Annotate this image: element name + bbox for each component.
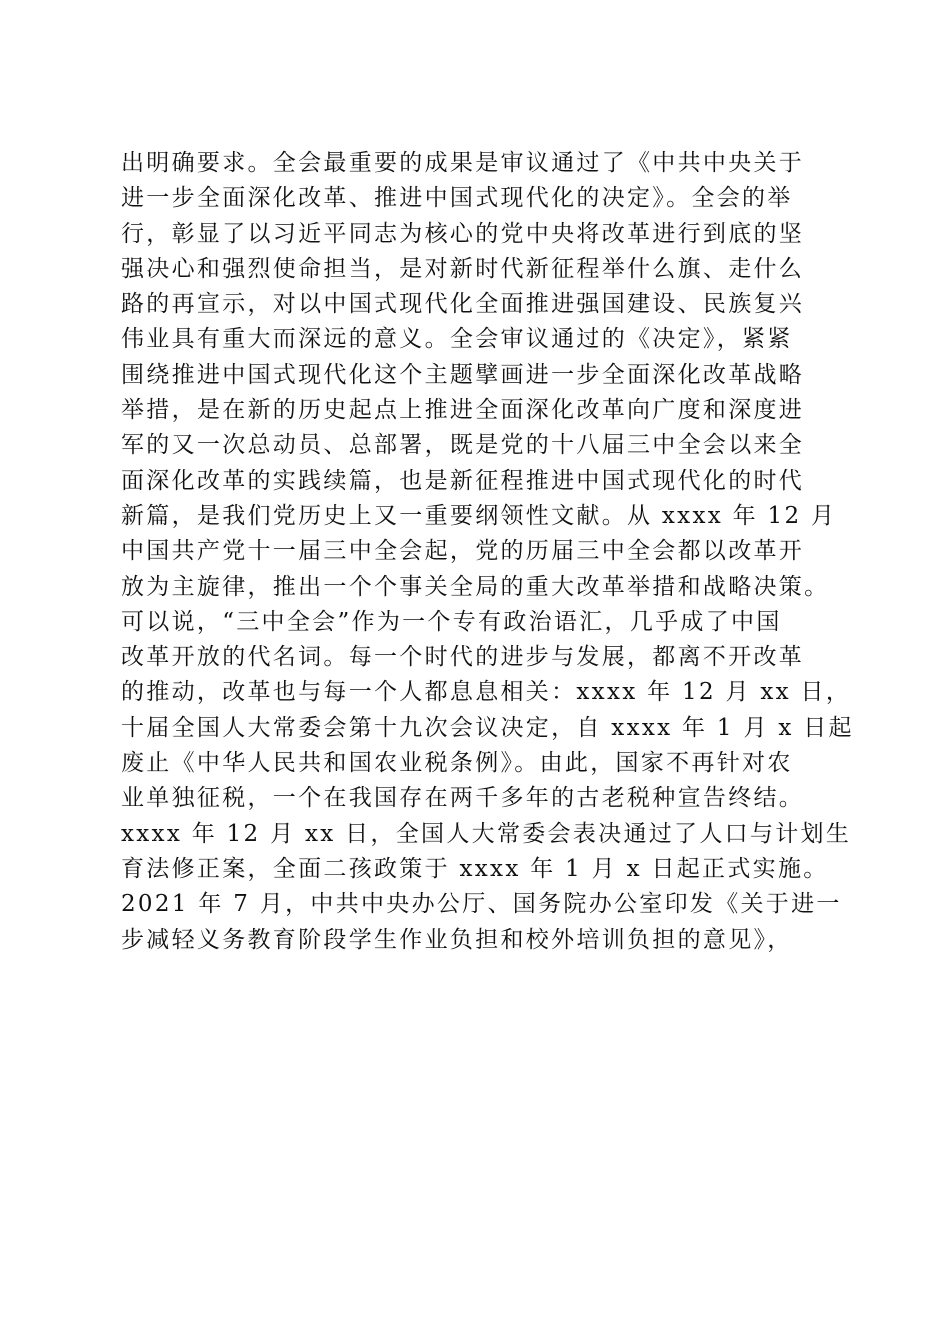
text-line: 十届全国人大常委会第十九次会议决定，自 xxxx 年 1 月 x 日起 <box>121 711 841 746</box>
text-line: 出明确要求。全会最重要的成果是审议通过了《中共中央关于 <box>121 146 841 181</box>
document-page: 出明确要求。全会最重要的成果是审议通过了《中共中央关于 进一步全面深化改革、推进… <box>0 0 950 1344</box>
text-line: xxxx 年 12 月 xx 日，全国人大常委会表决通过了人口与计划生 <box>121 817 841 852</box>
text-line: 改革开放的代名词。每一个时代的进步与发展，都离不开改革 <box>121 640 841 675</box>
text-line: 军的又一次总动员、总部署，既是党的十八届三中全会以来全 <box>121 428 841 463</box>
text-line: 围绕推进中国式现代化这个主题擘画进一步全面深化改革战略 <box>121 358 841 393</box>
text-line: 行，彰显了以习近平同志为核心的党中央将改革进行到底的坚 <box>121 217 841 252</box>
text-line: 中国共产党十一届三中全会起，党的历届三中全会都以改革开 <box>121 534 841 569</box>
text-line: 伟业具有重大而深远的意义。全会审议通过的《决定》，紧紧 <box>121 322 841 357</box>
text-line: 面深化改革的实践续篇，也是新征程推进中国式现代化的时代 <box>121 464 841 499</box>
text-line: 的推动，改革也与每一个人都息息相关：xxxx 年 12 月 xx 日， <box>121 675 841 710</box>
text-line: 2021 年 7 月，中共中央办公厅、国务院办公室印发《关于进一 <box>121 887 841 922</box>
text-line: 育法修正案，全面二孩政策于 xxxx 年 1 月 x 日起正式实施。 <box>121 852 841 887</box>
text-line: 放为主旋律，推出一个个事关全局的重大改革举措和战略决策。 <box>121 570 841 605</box>
text-line: 进一步全面深化改革、推进中国式现代化的决定》。全会的举 <box>121 181 841 216</box>
text-line: 可以说，“三中全会”作为一个专有政治语汇，几乎成了中国 <box>121 605 841 640</box>
text-line: 强决心和强烈使命担当，是对新时代新征程举什么旗、走什么 <box>121 252 841 287</box>
text-line: 步减轻义务教育阶段学生作业负担和校外培训负担的意见》， <box>121 923 841 958</box>
text-line: 废止《中华人民共和国农业税条例》。由此，国家不再针对农 <box>121 746 841 781</box>
text-line: 举措，是在新的历史起点上推进全面深化改革向广度和深度进 <box>121 393 841 428</box>
text-line: 业单独征税，一个在我国存在两千多年的古老税种宣告终结。 <box>121 781 841 816</box>
text-line: 新篇，是我们党历史上又一重要纲领性文献。从 xxxx 年 12 月 <box>121 499 841 534</box>
body-paragraph: 出明确要求。全会最重要的成果是审议通过了《中共中央关于 进一步全面深化改革、推进… <box>121 146 841 958</box>
text-line: 路的再宣示，对以中国式现代化全面推进强国建设、民族复兴 <box>121 287 841 322</box>
